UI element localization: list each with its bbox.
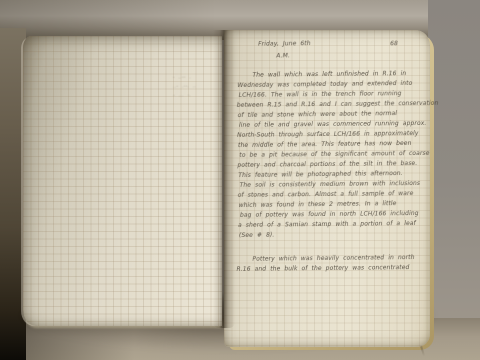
diary-paragraph: The wall which was left unfinished in R.… [236, 70, 426, 242]
handwriting-line: (See # 8). [239, 230, 427, 242]
notebook-photo: - ..-- . ..- .--. .. - ... -. 68 Friday,… [0, 0, 480, 360]
left-page-grid: - ..-- . ..- .--. .. - ... -. [23, 36, 222, 326]
entry-date: Friday, June 6th [258, 40, 311, 48]
entry-time: A.M. [276, 52, 290, 59]
handwriting-line: R.16 and the bulk of the pottery was con… [236, 264, 424, 276]
page-number: 68 [390, 40, 398, 47]
spine-gutter [213, 30, 235, 328]
diary-paragraph-closing: Pottery which was heavily concentrated i… [236, 254, 424, 276]
right-page-content: 68 Friday, June 6th A.M. The wall which … [224, 28, 433, 347]
